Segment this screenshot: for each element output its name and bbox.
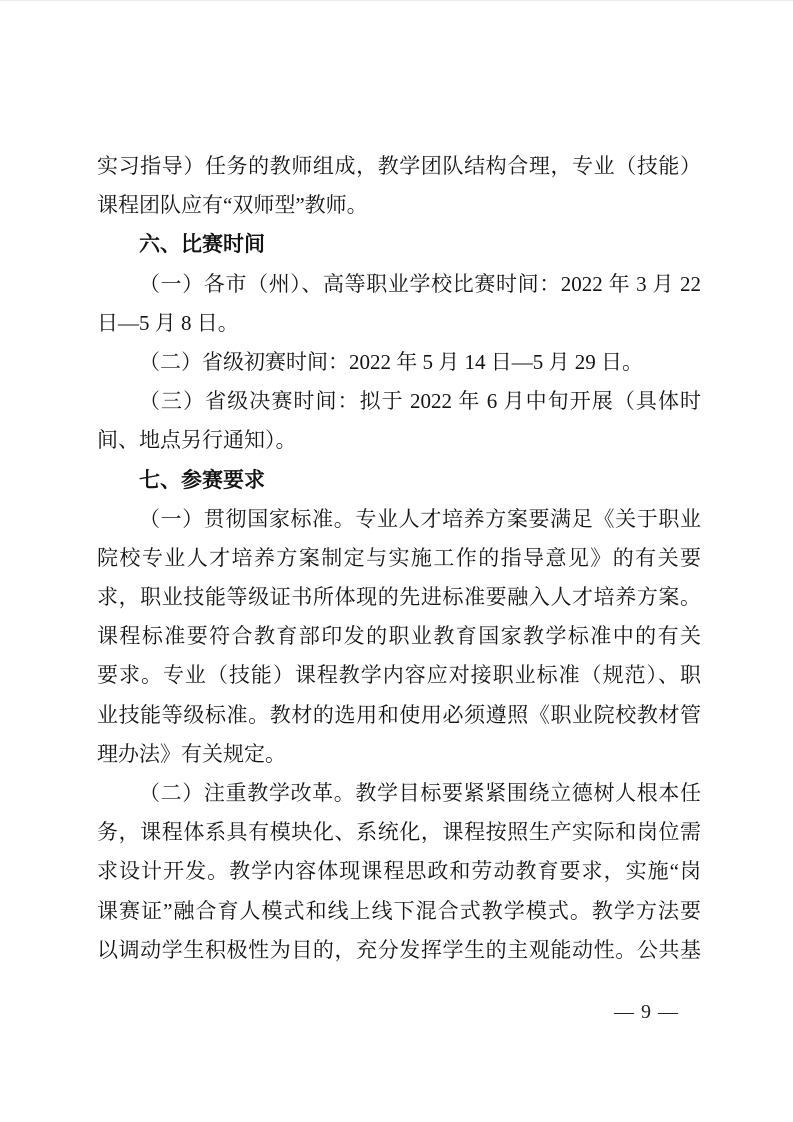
- text-line: 业技能等级标准。教材的选用和使用必须遵照《职业院校教材管: [97, 696, 701, 735]
- text-line: 理办法》有关规定。: [97, 735, 701, 774]
- text-line: 课程团队应有“双师型”教师。: [97, 186, 701, 225]
- document-page: 实习指导）任务的教师组成，教学团队结构合理，专业（技能）课程团队应有“双师型”教…: [0, 0, 793, 1122]
- text-line: 务，课程体系具有模块化、系统化，课程按照生产实际和岗位需: [97, 813, 701, 852]
- text-line: 院校专业人才培养方案制定与实施工作的指导意见》的有关要: [97, 539, 701, 578]
- text-line: 要求。专业（技能）课程教学内容应对接职业标准（规范）、职: [97, 656, 701, 695]
- text-line: 间、地点另行通知）。: [97, 421, 701, 460]
- text-line: 求设计开发。教学内容体现课程思政和劳动教育要求，实施“岗: [97, 852, 701, 891]
- section-heading: 六、比赛时间: [97, 225, 701, 264]
- text-line: 以调动学生积极性为目的，充分发挥学生的主观能动性。公共基: [97, 931, 701, 970]
- text-line: 求，职业技能等级证书所体现的先进标准要融入人才培养方案。: [97, 578, 701, 617]
- text-line: 课程标准要符合教育部印发的职业教育国家教学标准中的有关: [97, 617, 701, 656]
- text-line: 日—5 月 8 日。: [97, 304, 701, 343]
- text-line: （二）注重教学改革。教学目标要紧紧围绕立德树人根本任: [97, 774, 701, 813]
- page-number: — 9 —: [614, 1000, 679, 1024]
- text-line: 课赛证”融合育人模式和线上线下混合式教学模式。教学方法要: [97, 892, 701, 931]
- text-line: （二）省级初赛时间：2022 年 5 月 14 日—5 月 29 日。: [97, 343, 701, 382]
- text-line: 实习指导）任务的教师组成，教学团队结构合理，专业（技能）: [97, 147, 701, 186]
- document-body: 实习指导）任务的教师组成，教学团队结构合理，专业（技能）课程团队应有“双师型”教…: [97, 147, 701, 970]
- text-line: （三）省级决赛时间：拟于 2022 年 6 月中旬开展（具体时: [97, 382, 701, 421]
- text-line: （一）各市（州）、高等职业学校比赛时间：2022 年 3 月 22: [97, 265, 701, 304]
- section-heading: 七、参赛要求: [97, 461, 701, 500]
- page-top-edge: [0, 0, 793, 1]
- text-line: （一）贯彻国家标准。专业人才培养方案要满足《关于职业: [97, 500, 701, 539]
